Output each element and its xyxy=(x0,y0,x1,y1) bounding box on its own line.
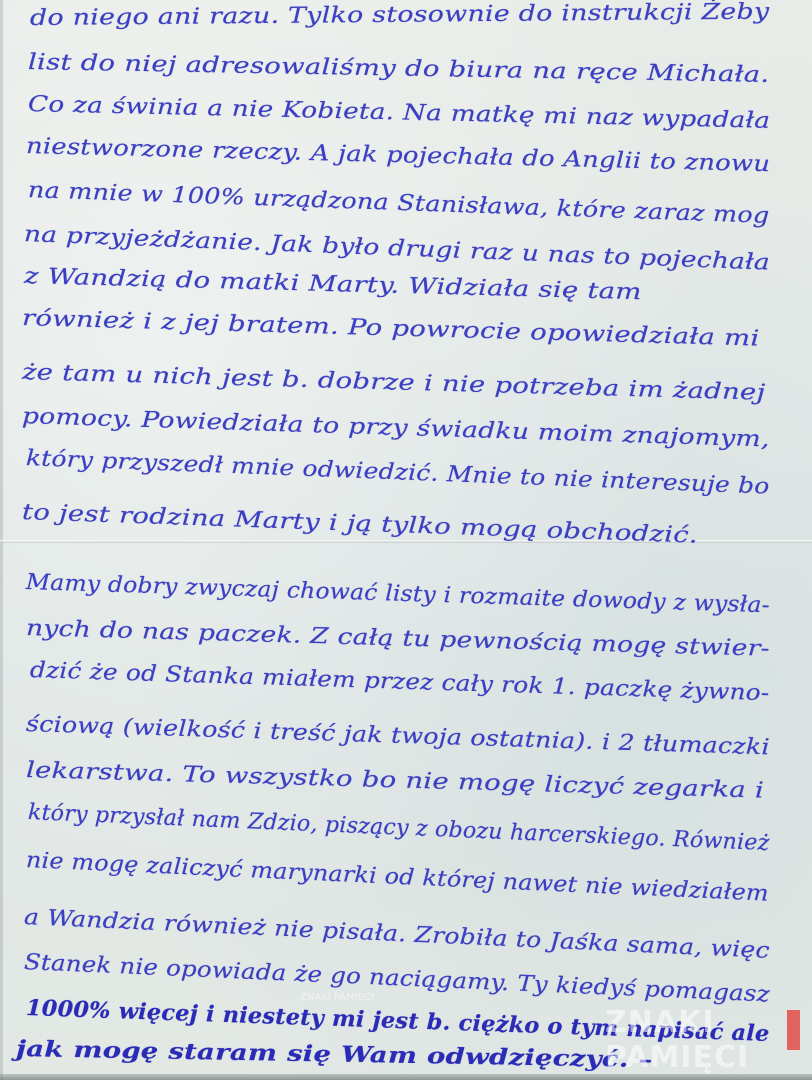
letter-line: dzić że od Stanka miałem przez cały rok … xyxy=(30,658,770,706)
letter-line: ściową (wielkość i treść jak twoja ostat… xyxy=(26,712,771,760)
letter-line: nych do nas paczek. Z całą tu pewnością … xyxy=(26,616,770,662)
letter-line: lekarstwa. To wszystko bo nie mogę liczy… xyxy=(26,758,765,804)
watermark-faint: ZNAKI PAMIĘCI xyxy=(300,992,374,1003)
watermark-text: ZNAKI PAMIĘCI xyxy=(605,1005,812,1075)
watermark-red-bar xyxy=(787,1010,800,1050)
letter-line: jak mogę staram się Wam odwdzięczyć. – xyxy=(16,1036,653,1073)
letter-line: który przyszedł mnie odwiedzić. Mnie to … xyxy=(26,446,770,500)
letter-line: niestworzone rzeczy. A jak pojechała do … xyxy=(26,134,771,177)
letter-line: na mnie w 100% urządzona Stanisława, któ… xyxy=(28,178,770,229)
letter-line: Co za świnia a nie Kobieta. Na matkę mi … xyxy=(28,92,771,134)
letter-line: Mamy dobry zwyczaj chować listy i rozmai… xyxy=(26,570,771,618)
letter-line: do niego ani razu. Tylko stosownie do in… xyxy=(30,0,770,31)
letter-line: również i z jej bratem. Po powrocie opow… xyxy=(22,306,760,352)
letter-line: że tam u nich jest b. dobrze i nie potrz… xyxy=(22,360,766,406)
letter-line: z Wandzią do matki Marty. Widziała się t… xyxy=(24,264,642,305)
paper-bottom-edge xyxy=(0,1074,812,1080)
letter-line: który przysłał nam Zdzio, piszący z oboz… xyxy=(27,800,770,856)
letter-line: nie mogę zaliczyć marynarki od której na… xyxy=(25,848,769,907)
letter-line: pomocy. Powiedziała to przy świadku moim… xyxy=(22,404,770,452)
letter-page: do niego ani razu. Tylko stosownie do in… xyxy=(0,0,812,1080)
letter-line: list do niej adresowaliśmy do biura na r… xyxy=(28,50,770,88)
